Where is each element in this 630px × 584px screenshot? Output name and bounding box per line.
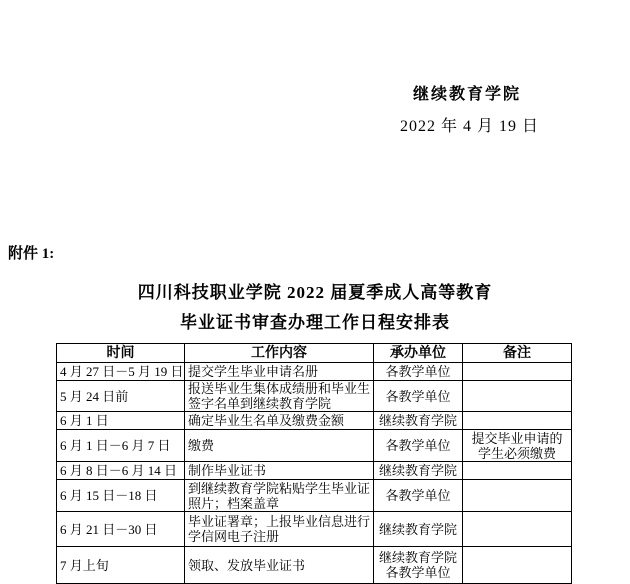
agency-name: 继续教育学院 <box>413 81 521 104</box>
cell-content: 缴费 <box>185 430 374 462</box>
cell-content: 到继续教育学院粘贴学生毕业证照片；档案盖章 <box>185 480 374 512</box>
cell-time: 6 月 8 日－6 月 14 日 <box>57 462 185 480</box>
cell-content: 提交学生毕业申请名册 <box>185 363 374 381</box>
cell-note <box>463 462 572 480</box>
cell-time: 6 月 1 日 <box>57 412 185 430</box>
table-row: 6 月 21 日－30 日 毕业证署章；上报毕业信息进行学信网电子注册 继续教育… <box>57 512 572 547</box>
cell-note <box>463 547 572 584</box>
col-header-note: 备注 <box>463 344 572 363</box>
table-row: 6 月 1 日 确定毕业生名单及缴费金额 继续教育学院 <box>57 412 572 430</box>
cell-unit: 各教学单位 <box>374 480 463 512</box>
cell-time: 6 月 21 日－30 日 <box>57 512 185 547</box>
document-title-line1: 四川科技职业学院 2022 届夏季成人高等教育 <box>0 278 630 303</box>
col-header-content: 工作内容 <box>185 344 374 363</box>
cell-note <box>463 412 572 430</box>
document-date: 2022 年 4 月 19 日 <box>400 113 539 136</box>
table-row: 6 月 15 日－18 日 到继续教育学院粘贴学生毕业证照片；档案盖章 各教学单… <box>57 480 572 512</box>
cell-note <box>463 381 572 412</box>
cell-time: 4 月 27 日－5 月 19 日 <box>57 363 185 381</box>
cell-note <box>463 480 572 512</box>
schedule-table: 时间 工作内容 承办单位 备注 4 月 27 日－5 月 19 日 提交学生毕业… <box>56 343 572 584</box>
cell-content: 领取、发放毕业证书 <box>185 547 374 584</box>
table-row: 5 月 24 日前 报送毕业生集体成绩册和毕业生签字名单到继续教育学院 各教学单… <box>57 381 572 412</box>
cell-unit: 继续教育学院 各教学单位 <box>374 547 463 584</box>
cell-content: 报送毕业生集体成绩册和毕业生签字名单到继续教育学院 <box>185 381 374 412</box>
table-row: 4 月 27 日－5 月 19 日 提交学生毕业申请名册 各教学单位 <box>57 363 572 381</box>
document-page: 继续教育学院 2022 年 4 月 19 日 附件 1: 四川科技职业学院 20… <box>0 0 630 584</box>
attachment-label: 附件 1: <box>8 242 54 263</box>
cell-time: 6 月 1 日－6 月 7 日 <box>57 430 185 462</box>
table-row: 6 月 1 日－6 月 7 日 缴费 各教学单位 提交毕业申请的 学生必须缴费 <box>57 430 572 462</box>
cell-unit: 各教学单位 <box>374 430 463 462</box>
cell-content: 毕业证署章；上报毕业信息进行学信网电子注册 <box>185 512 374 547</box>
cell-unit: 各教学单位 <box>374 381 463 412</box>
cell-unit: 继续教育学院 <box>374 412 463 430</box>
cell-unit: 继续教育学院 <box>374 512 463 547</box>
col-header-unit: 承办单位 <box>374 344 463 363</box>
cell-unit: 各教学单位 <box>374 363 463 381</box>
cell-note: 提交毕业申请的 学生必须缴费 <box>463 430 572 462</box>
table-row: 7 月上旬 领取、发放毕业证书 继续教育学院 各教学单位 <box>57 547 572 584</box>
cell-time: 6 月 15 日－18 日 <box>57 480 185 512</box>
cell-note <box>463 512 572 547</box>
cell-time: 5 月 24 日前 <box>57 381 185 412</box>
document-title-line2: 毕业证书审查办理工作日程安排表 <box>0 308 630 333</box>
cell-time: 7 月上旬 <box>57 547 185 584</box>
cell-content: 确定毕业生名单及缴费金额 <box>185 412 374 430</box>
table-row: 6 月 8 日－6 月 14 日 制作毕业证书 继续教育学院 <box>57 462 572 480</box>
col-header-time: 时间 <box>57 344 185 363</box>
cell-content: 制作毕业证书 <box>185 462 374 480</box>
cell-unit: 继续教育学院 <box>374 462 463 480</box>
table-header-row: 时间 工作内容 承办单位 备注 <box>57 344 572 363</box>
cell-note <box>463 363 572 381</box>
